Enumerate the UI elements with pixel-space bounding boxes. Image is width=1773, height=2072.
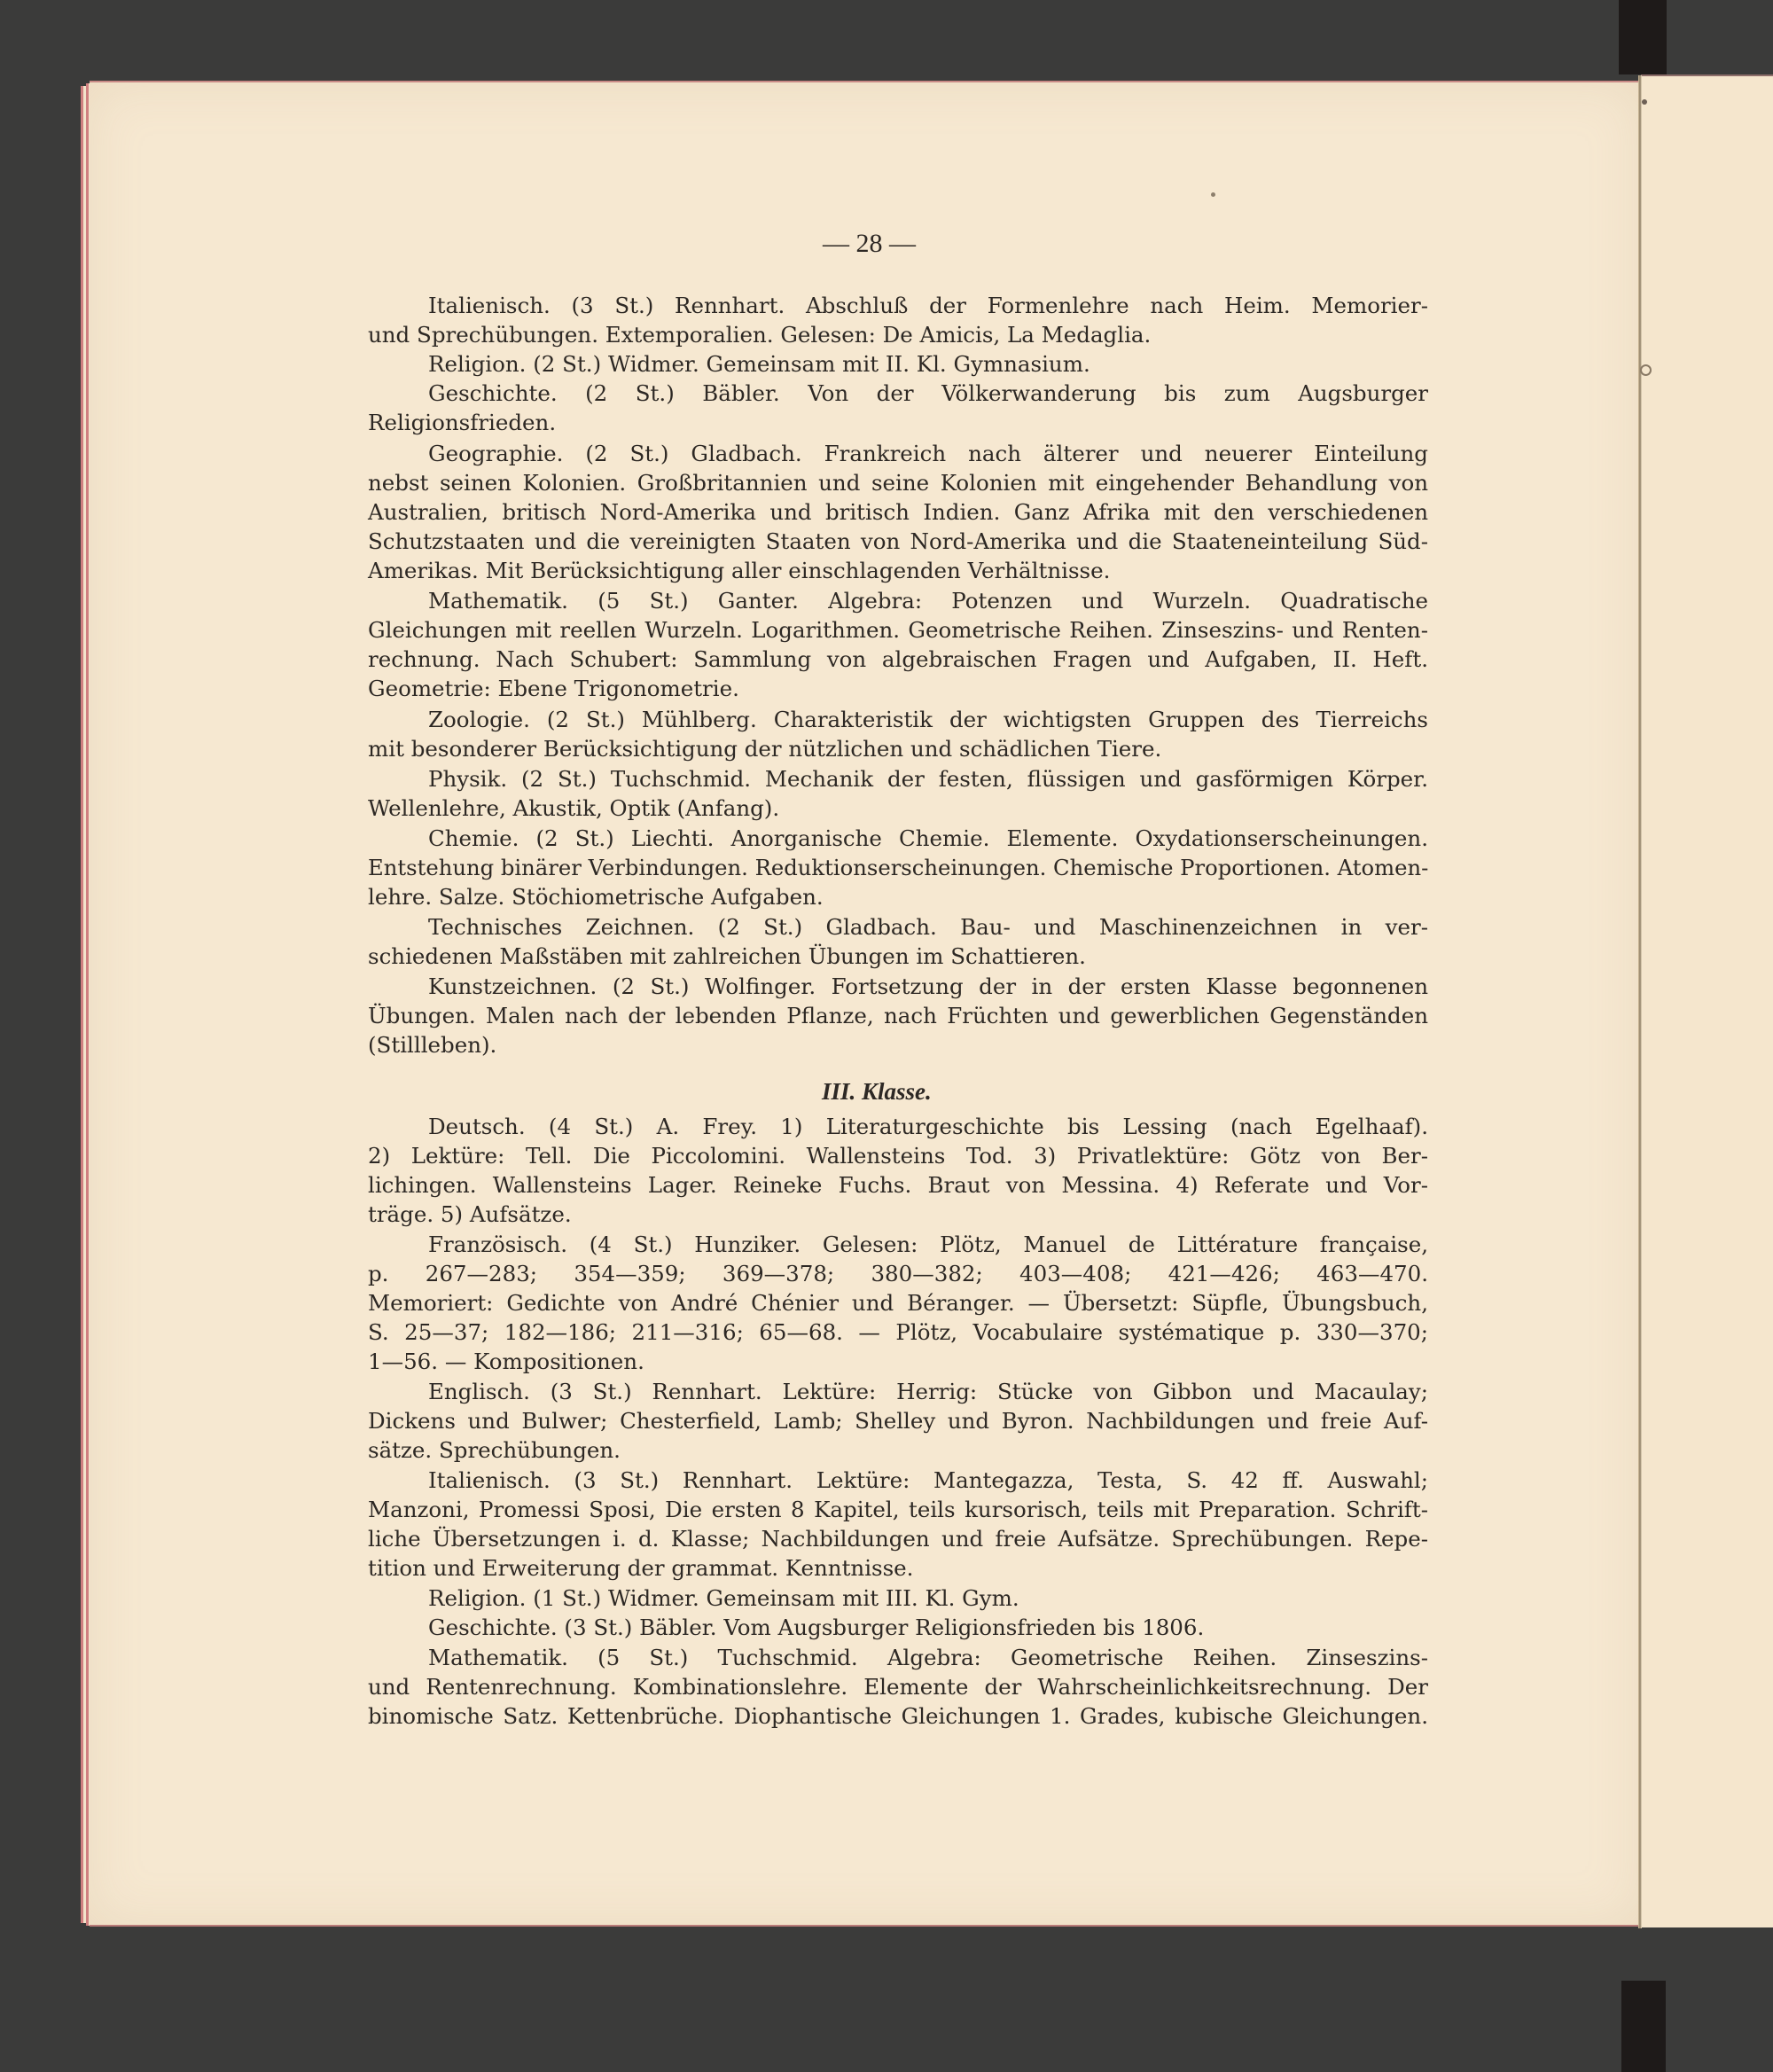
paper-speck [1642,99,1647,105]
text-line: rechnung. Nach Schubert: Sammlung von al… [368,646,1428,673]
text-line: Memoriert: Gedichte von André Chénier un… [368,1290,1428,1317]
text-line: 2) Lektüre: Tell. Die Piccolomini. Walle… [368,1143,1428,1169]
text-line: lehre. Salze. Stöchiometrische Aufgaben. [368,884,824,911]
paper-speck [1211,192,1215,197]
text-line: Dickens und Bulwer; Chesterfield, Lamb; … [368,1408,1428,1435]
text-line: Religion. (1 St.) Widmer. Gemeinsam mit … [428,1585,1019,1612]
text-line: Geschichte. (3 St.) Bäbler. Vom Augsburg… [428,1615,1204,1641]
text-line: Physik. (2 St.) Tuchschmid. Mechanik der… [428,766,1428,793]
text-line: Französisch. (4 St.) Hunziker. Gelesen: … [428,1231,1428,1258]
text-line: (Stillleben). [368,1032,496,1059]
text-line: Mathematik. (5 St.) Tuchschmid. Algebra:… [428,1645,1428,1671]
text-line: sätze. Sprechübungen. [368,1437,621,1464]
text-line: Geschichte. (2 St.) Bäbler. Von der Völk… [428,380,1428,407]
text-line: Entstehung binärer Verbindungen. Redukti… [368,855,1428,881]
text-line: Australien, britisch Nord-Amerika und br… [368,499,1428,526]
text-line: Schutzstaaten und die vereinigten Staate… [368,528,1428,555]
text-line: p. 267—283; 354—359; 369—378; 380—382; 4… [368,1261,1428,1287]
text-line: Chemie. (2 St.) Liechti. Anorganische Ch… [428,825,1428,852]
section-heading: III. Klasse. [822,1078,932,1106]
text-line: Gleichungen mit reellen Wurzeln. Logarit… [368,617,1428,644]
binding-strap-top [1619,0,1667,74]
text-line: tition und Erweiterung der grammat. Kenn… [368,1555,913,1582]
text-line: Manzoni, Promessi Sposi, Die ersten 8 Ka… [368,1497,1428,1523]
text-line: Übungen. Malen nach der lebenden Pflanze… [368,1003,1428,1029]
text-line: träge. 5) Aufsätze. [368,1201,572,1228]
facing-page [1641,74,1773,1927]
text-line: Religion. (2 St.) Widmer. Gemeinsam mit … [428,351,1090,378]
book-spine [1638,75,1642,1928]
text-line: mit besonderer Berücksichtigung der nütz… [368,736,1161,762]
page-number: — 28 — [823,229,916,259]
text-line: Deutsch. (4 St.) A. Frey. 1) Literaturge… [428,1114,1428,1140]
text-line: und Rentenrechnung. Kombinationslehre. E… [368,1674,1428,1701]
text-line: Italienisch. (3 St.) Rennhart. Abschluß … [428,293,1428,319]
text-line: schiedenen Maßstäben mit zahlreichen Übu… [368,943,1086,970]
text-line: Englisch. (3 St.) Rennhart. Lektüre: Her… [428,1379,1428,1405]
text-line: Amerikas. Mit Berücksichtigung aller ein… [368,558,1110,584]
text-line: Religionsfrieden. [368,410,556,436]
text-line: und Sprechübungen. Extemporalien. Gelese… [368,322,1151,348]
text-line: Geometrie: Ebene Trigonometrie. [368,676,739,702]
text-line: lichingen. Wallensteins Lager. Reineke F… [368,1172,1428,1199]
text-line: S. 25—37; 182—186; 211—316; 65—68. — Plö… [368,1319,1428,1346]
binding-strap-bottom [1621,1981,1666,2072]
text-line: Technisches Zeichnen. (2 St.) Gladbach. … [428,914,1428,941]
text-line: Wellenlehre, Akustik, Optik (Anfang). [368,795,779,822]
text-line: Zoologie. (2 St.) Mühlberg. Charakterist… [428,707,1428,733]
text-line: 1—56. — Kompositionen. [368,1349,644,1375]
text-line: Geographie. (2 St.) Gladbach. Frankreich… [428,441,1428,467]
text-line: Mathematik. (5 St.) Ganter. Algebra: Pot… [428,588,1428,614]
text-line: Kunstzeichnen. (2 St.) Wolfinger. Fortse… [428,973,1428,1000]
text-line: Italienisch. (3 St.) Rennhart. Lektüre: … [428,1467,1428,1494]
paper-speck [1640,364,1652,376]
text-line: nebst seinen Kolonien. Großbritannien un… [368,470,1428,496]
text-line: binomische Satz. Kettenbrüche. Diophanti… [368,1703,1428,1730]
text-line: liche Übersetzungen i. d. Klasse; Nachbi… [368,1526,1428,1552]
